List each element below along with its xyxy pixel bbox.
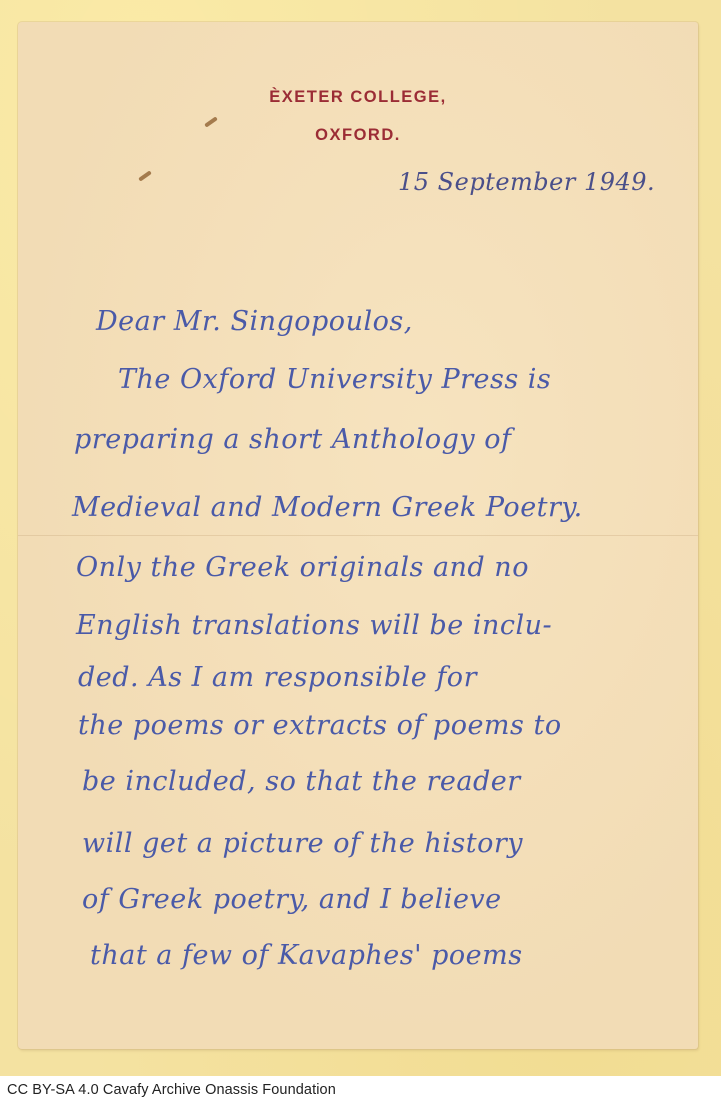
ink-stain bbox=[138, 170, 152, 181]
letter-salutation: Dear Mr. Singopoulos, bbox=[96, 306, 413, 337]
letter-line: Only the Greek originals and no bbox=[76, 552, 529, 583]
letter-line: ded. As I am responsible for bbox=[78, 662, 477, 693]
letter-line: that a few of Kavaphes' poems bbox=[90, 940, 523, 971]
letter-line: preparing a short Anthology of bbox=[74, 424, 512, 455]
letterhead-college: ÈXETER COLLEGE, bbox=[18, 88, 698, 107]
letter-line: English translations will be inclu- bbox=[76, 610, 552, 641]
letter-line: The Oxford University Press is bbox=[118, 364, 551, 395]
scan-background: ÈXETER COLLEGE, OXFORD. 15 September 194… bbox=[0, 0, 721, 1076]
paper-fold-line bbox=[18, 535, 698, 536]
license-caption: CC BY-SA 4.0 Cavafy Archive Onassis Foun… bbox=[7, 1082, 336, 1098]
letter-line: Medieval and Modern Greek Poetry. bbox=[72, 492, 583, 523]
letter-line: be included, so that the reader bbox=[82, 766, 521, 797]
letter-page: ÈXETER COLLEGE, OXFORD. 15 September 194… bbox=[18, 22, 698, 1049]
letter-line: of Greek poetry, and I believe bbox=[82, 884, 502, 915]
letter-line: will get a picture of the history bbox=[82, 828, 523, 859]
letter-line: the poems or extracts of poems to bbox=[78, 710, 562, 741]
letter-date: 15 September 1949. bbox=[398, 168, 655, 196]
letterhead-city: OXFORD. bbox=[18, 126, 698, 145]
